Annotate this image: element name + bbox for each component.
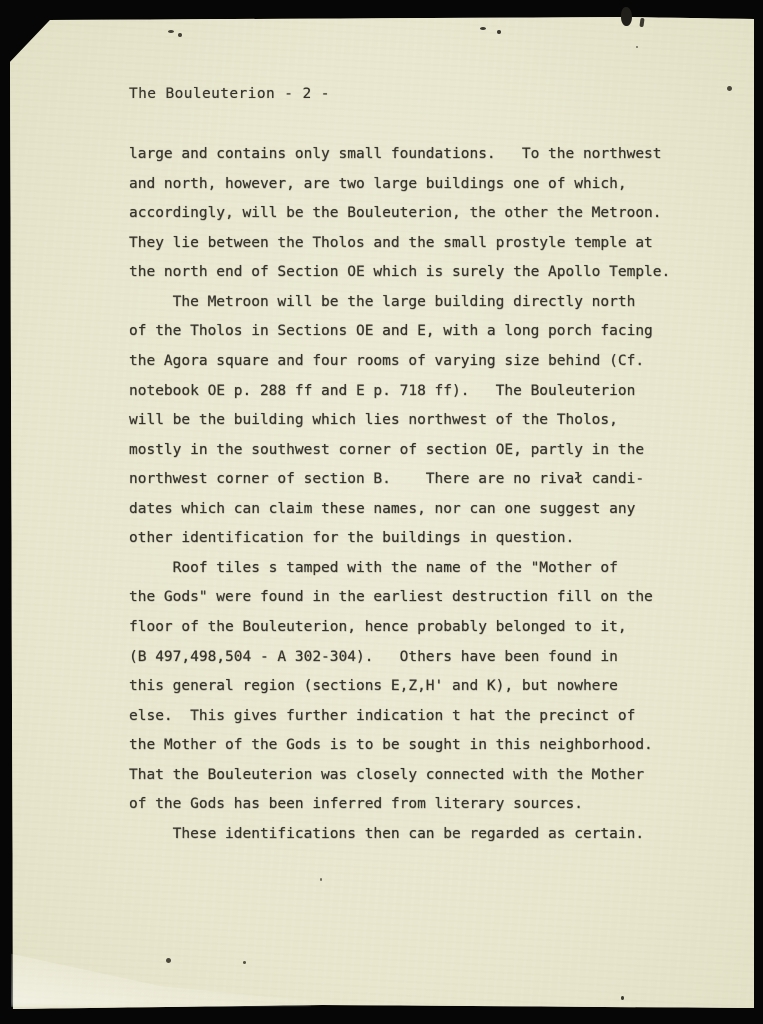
ink-speck <box>168 30 174 33</box>
text-line: this general region (sections E,Z,H' and… <box>129 672 670 702</box>
ink-speck <box>178 33 182 37</box>
ink-speck <box>621 996 624 1000</box>
text-line: (B 497,498,504 - A 302-304). Others have… <box>129 643 670 673</box>
text-line: the Agora square and four rooms of varyi… <box>129 347 670 377</box>
text-line: large and contains only small foundation… <box>129 140 670 170</box>
document-page: The Bouleuterion - 2 - large and contain… <box>10 14 754 1011</box>
ink-speck <box>727 86 732 91</box>
text-line: These identifications then can be regard… <box>129 820 670 850</box>
text-line: notebook OE p. 288 ff and E p. 718 ff). … <box>129 377 670 407</box>
text-line: other identification for the buildings i… <box>129 524 670 554</box>
text-line: Roof tiles s tamped with the name of the… <box>129 554 670 584</box>
text-line: dates which can claim these names, nor c… <box>129 495 670 525</box>
document-body: large and contains only small foundation… <box>129 140 670 850</box>
text-line: of the Tholos in Sections OE and E, with… <box>129 317 670 347</box>
text-line: northwest corner of section B. There are… <box>129 465 670 495</box>
text-line: The Metroon will be the large building d… <box>129 288 670 318</box>
text-line: mostly in the southwest corner of sectio… <box>129 436 670 466</box>
text-line: else. This gives further indication t ha… <box>129 702 670 732</box>
text-line: of the Gods has been inferred from liter… <box>129 790 670 820</box>
text-line: accordingly, will be the Bouleuterion, t… <box>129 199 670 229</box>
scanned-photo: The Bouleuterion - 2 - large and contain… <box>0 0 763 1024</box>
ink-speck <box>480 27 486 30</box>
ink-speck <box>243 961 246 964</box>
text-line: will be the building which lies northwes… <box>129 406 670 436</box>
page-title: The Bouleuterion - 2 - <box>129 84 330 104</box>
ink-speck <box>636 46 638 48</box>
ink-speck <box>621 7 632 26</box>
text-line: the north end of Section OE which is sur… <box>129 258 670 288</box>
text-line: That the Bouleuterion was closely connec… <box>129 761 670 791</box>
text-line: They lie between the Tholos and the smal… <box>129 229 670 259</box>
text-line: floor of the Bouleuterion, hence probabl… <box>129 613 670 643</box>
text-line: and north, however, are two large buildi… <box>129 170 670 200</box>
ink-speck <box>320 878 322 881</box>
ink-speck <box>497 30 501 34</box>
text-line: the Gods" were found in the earliest des… <box>129 583 670 613</box>
ink-speck <box>166 958 171 963</box>
text-line: the Mother of the Gods is to be sought i… <box>129 731 670 761</box>
